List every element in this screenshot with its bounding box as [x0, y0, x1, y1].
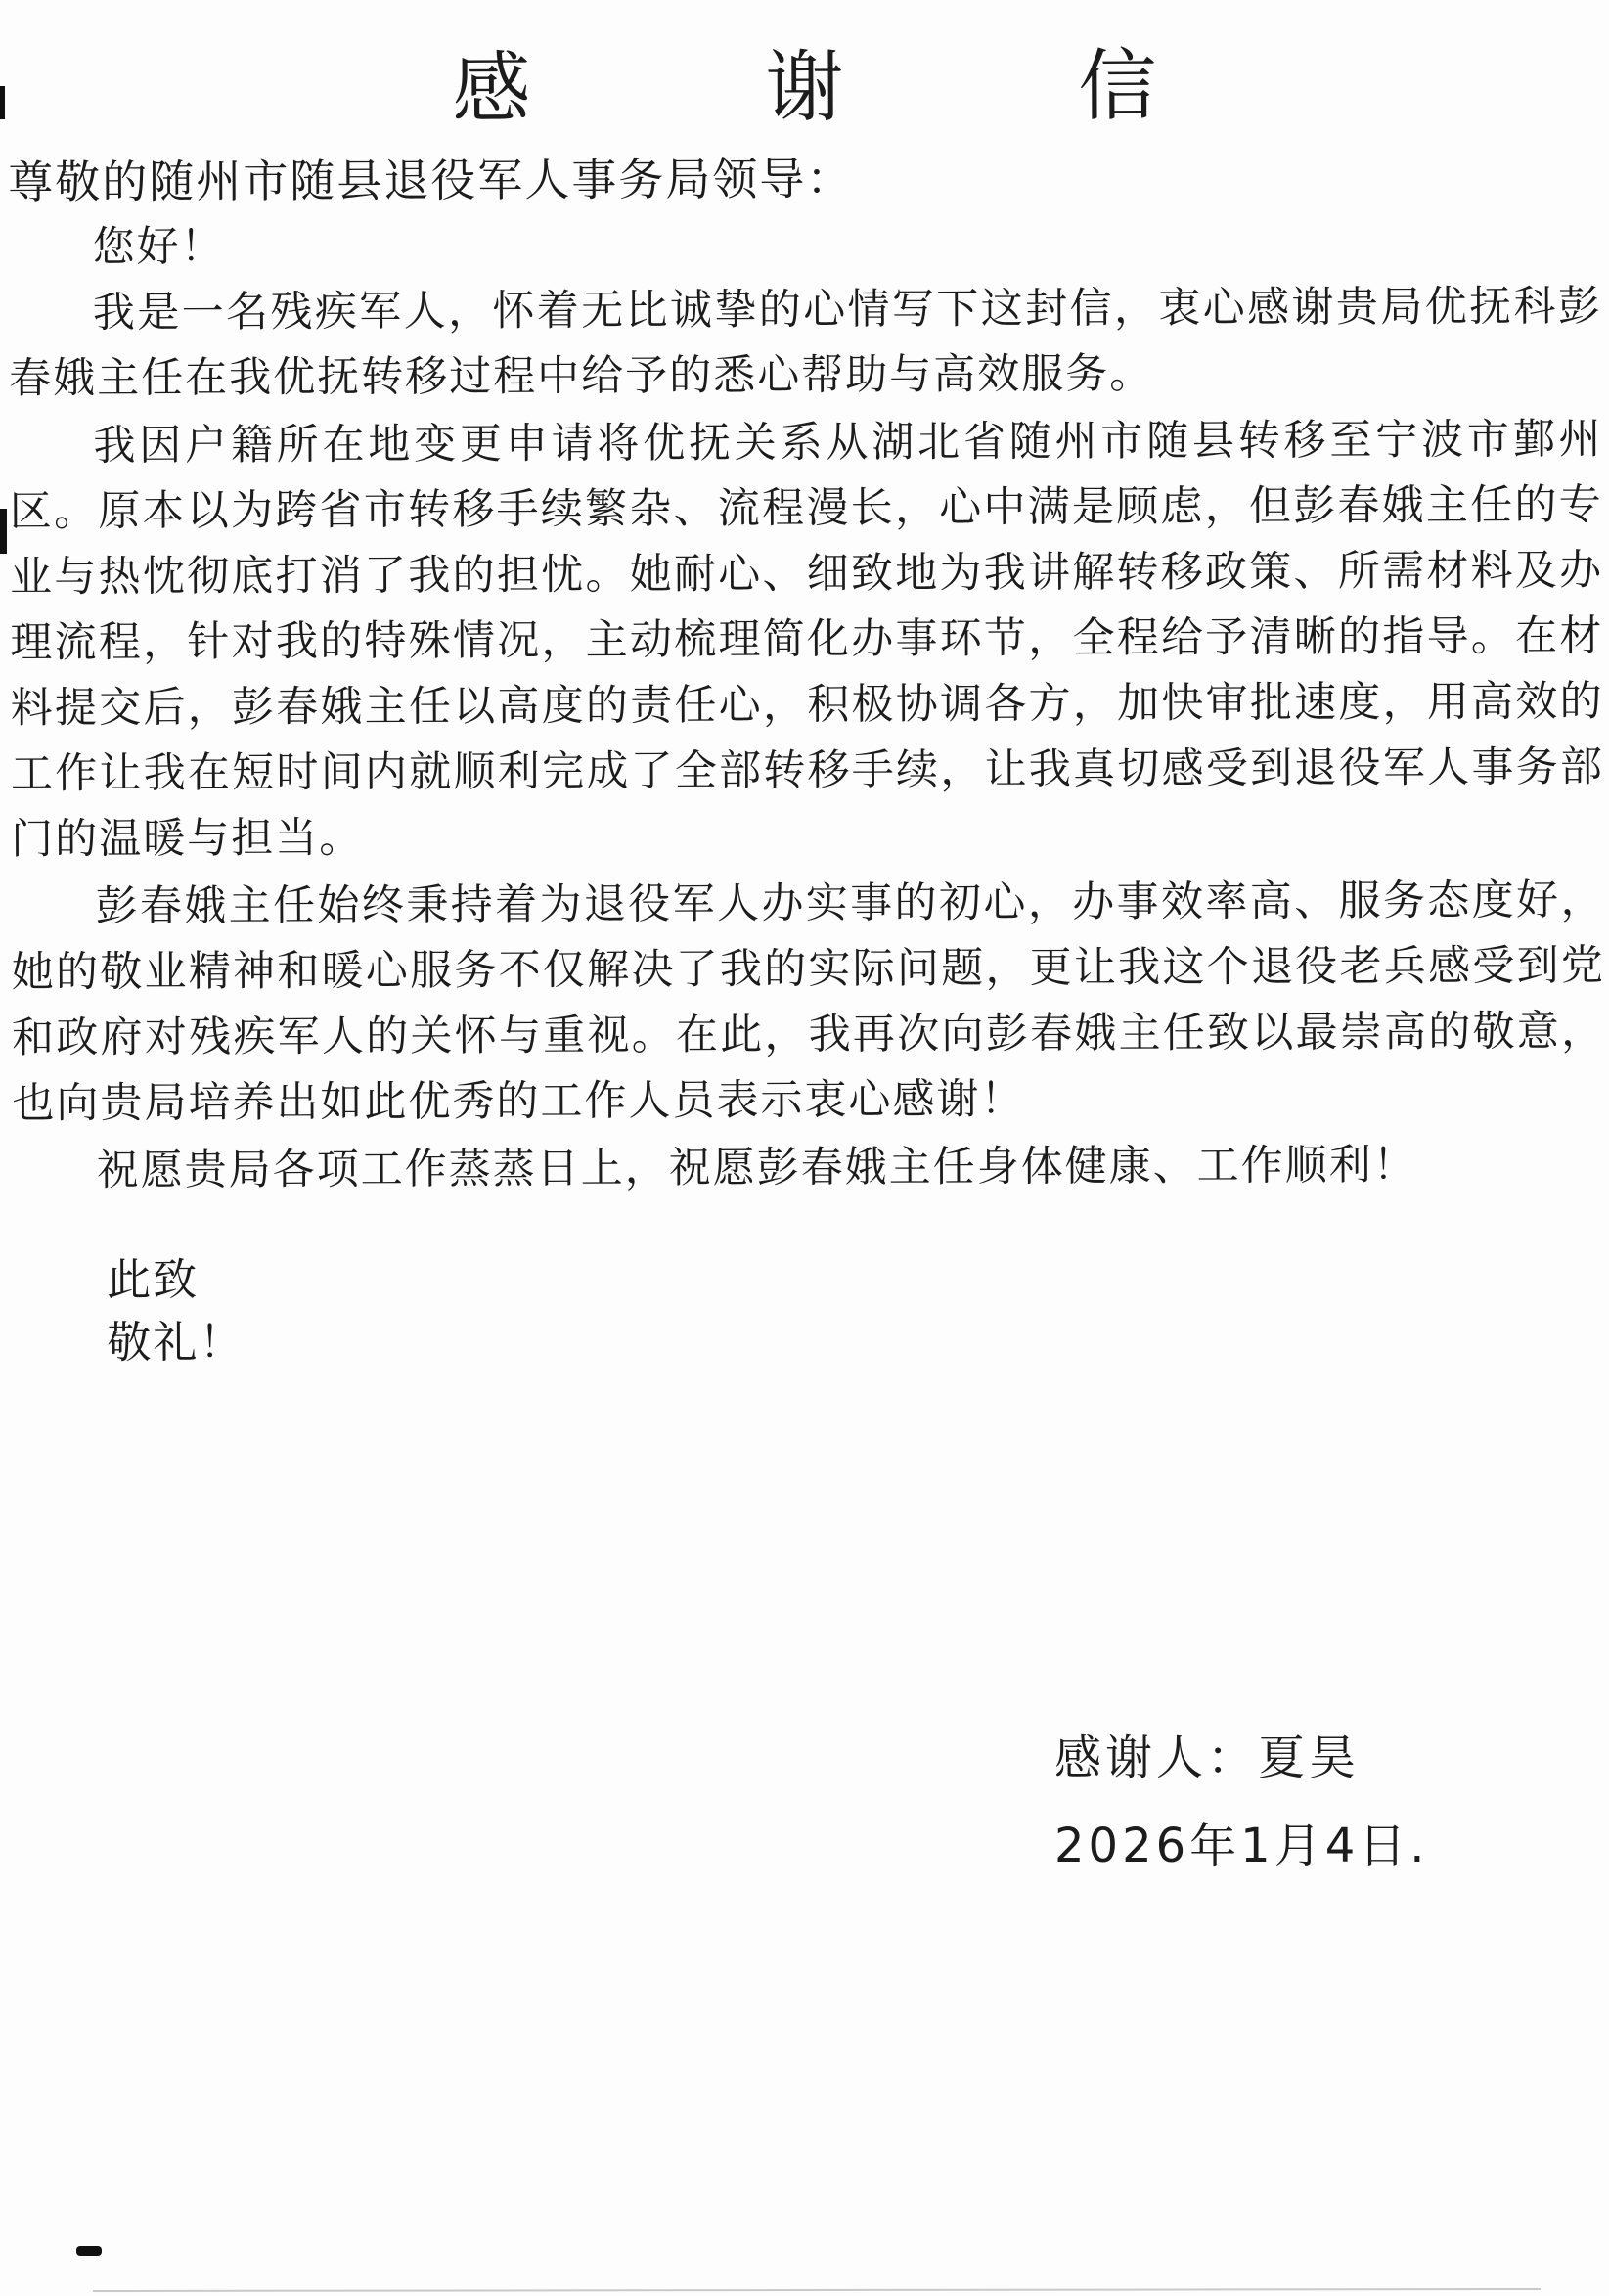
signature-date: 2026年1月4日.: [1054, 1802, 1429, 1890]
closing-block: 此致 敬礼！: [107, 1242, 1607, 1374]
salutation: 尊敬的随州市随县退役军人事务局领导：: [8, 143, 1601, 215]
letter-paper: 感谢信 尊敬的随州市随县退役军人事务局领导： 您好！ 我是一名残疾军人，怀着无比…: [0, 0, 1609, 2296]
paragraph-transfer-story: 我因户籍所在地变更申请将优抚关系从湖北省随州市随县转移至宁波市鄞州区。原本以为跨…: [9, 407, 1604, 873]
greeting: 您好！: [8, 208, 1601, 281]
scan-artifact-left-mid: [0, 509, 7, 554]
letter-body: 尊敬的随州市随县退役军人事务局领导： 您好！ 我是一名残疾军人，怀着无比诚挚的心…: [0, 143, 1609, 1374]
paragraph-wishes: 祝愿贵局各项工作蒸蒸日上，祝愿彭春娥主任身体健康、工作顺利！: [13, 1132, 1606, 1204]
signature-block: 感谢人：夏昊 2026年1月4日.: [1054, 1714, 1429, 1890]
scan-artifact-left-top: [0, 86, 5, 119]
letter-content: 感谢信 尊敬的随州市随县退役军人事务局领导： 您好！ 我是一名残疾军人，怀着无比…: [0, 0, 1609, 1374]
scan-artifact-bottom-left: [76, 2246, 102, 2256]
letter-title: 感谢信: [0, 0, 1609, 140]
paragraph-praise: 彭春娥主任始终秉持着为退役军人办实事的初心，办事效率高、服务态度好，她的敬业精神…: [11, 868, 1605, 1137]
signature-name: 感谢人：夏昊: [1054, 1714, 1429, 1802]
paragraph-thanks-intro: 我是一名残疾军人，怀着无比诚挚的心情写下这封信，衷心感谢贵局优抚科彭春娥主任在我…: [9, 274, 1603, 412]
closing-jingli: 敬礼！: [107, 1305, 1606, 1374]
closing-cizhi: 此致: [107, 1242, 1606, 1312]
scan-artifact-bottom-line: [93, 2288, 1541, 2292]
